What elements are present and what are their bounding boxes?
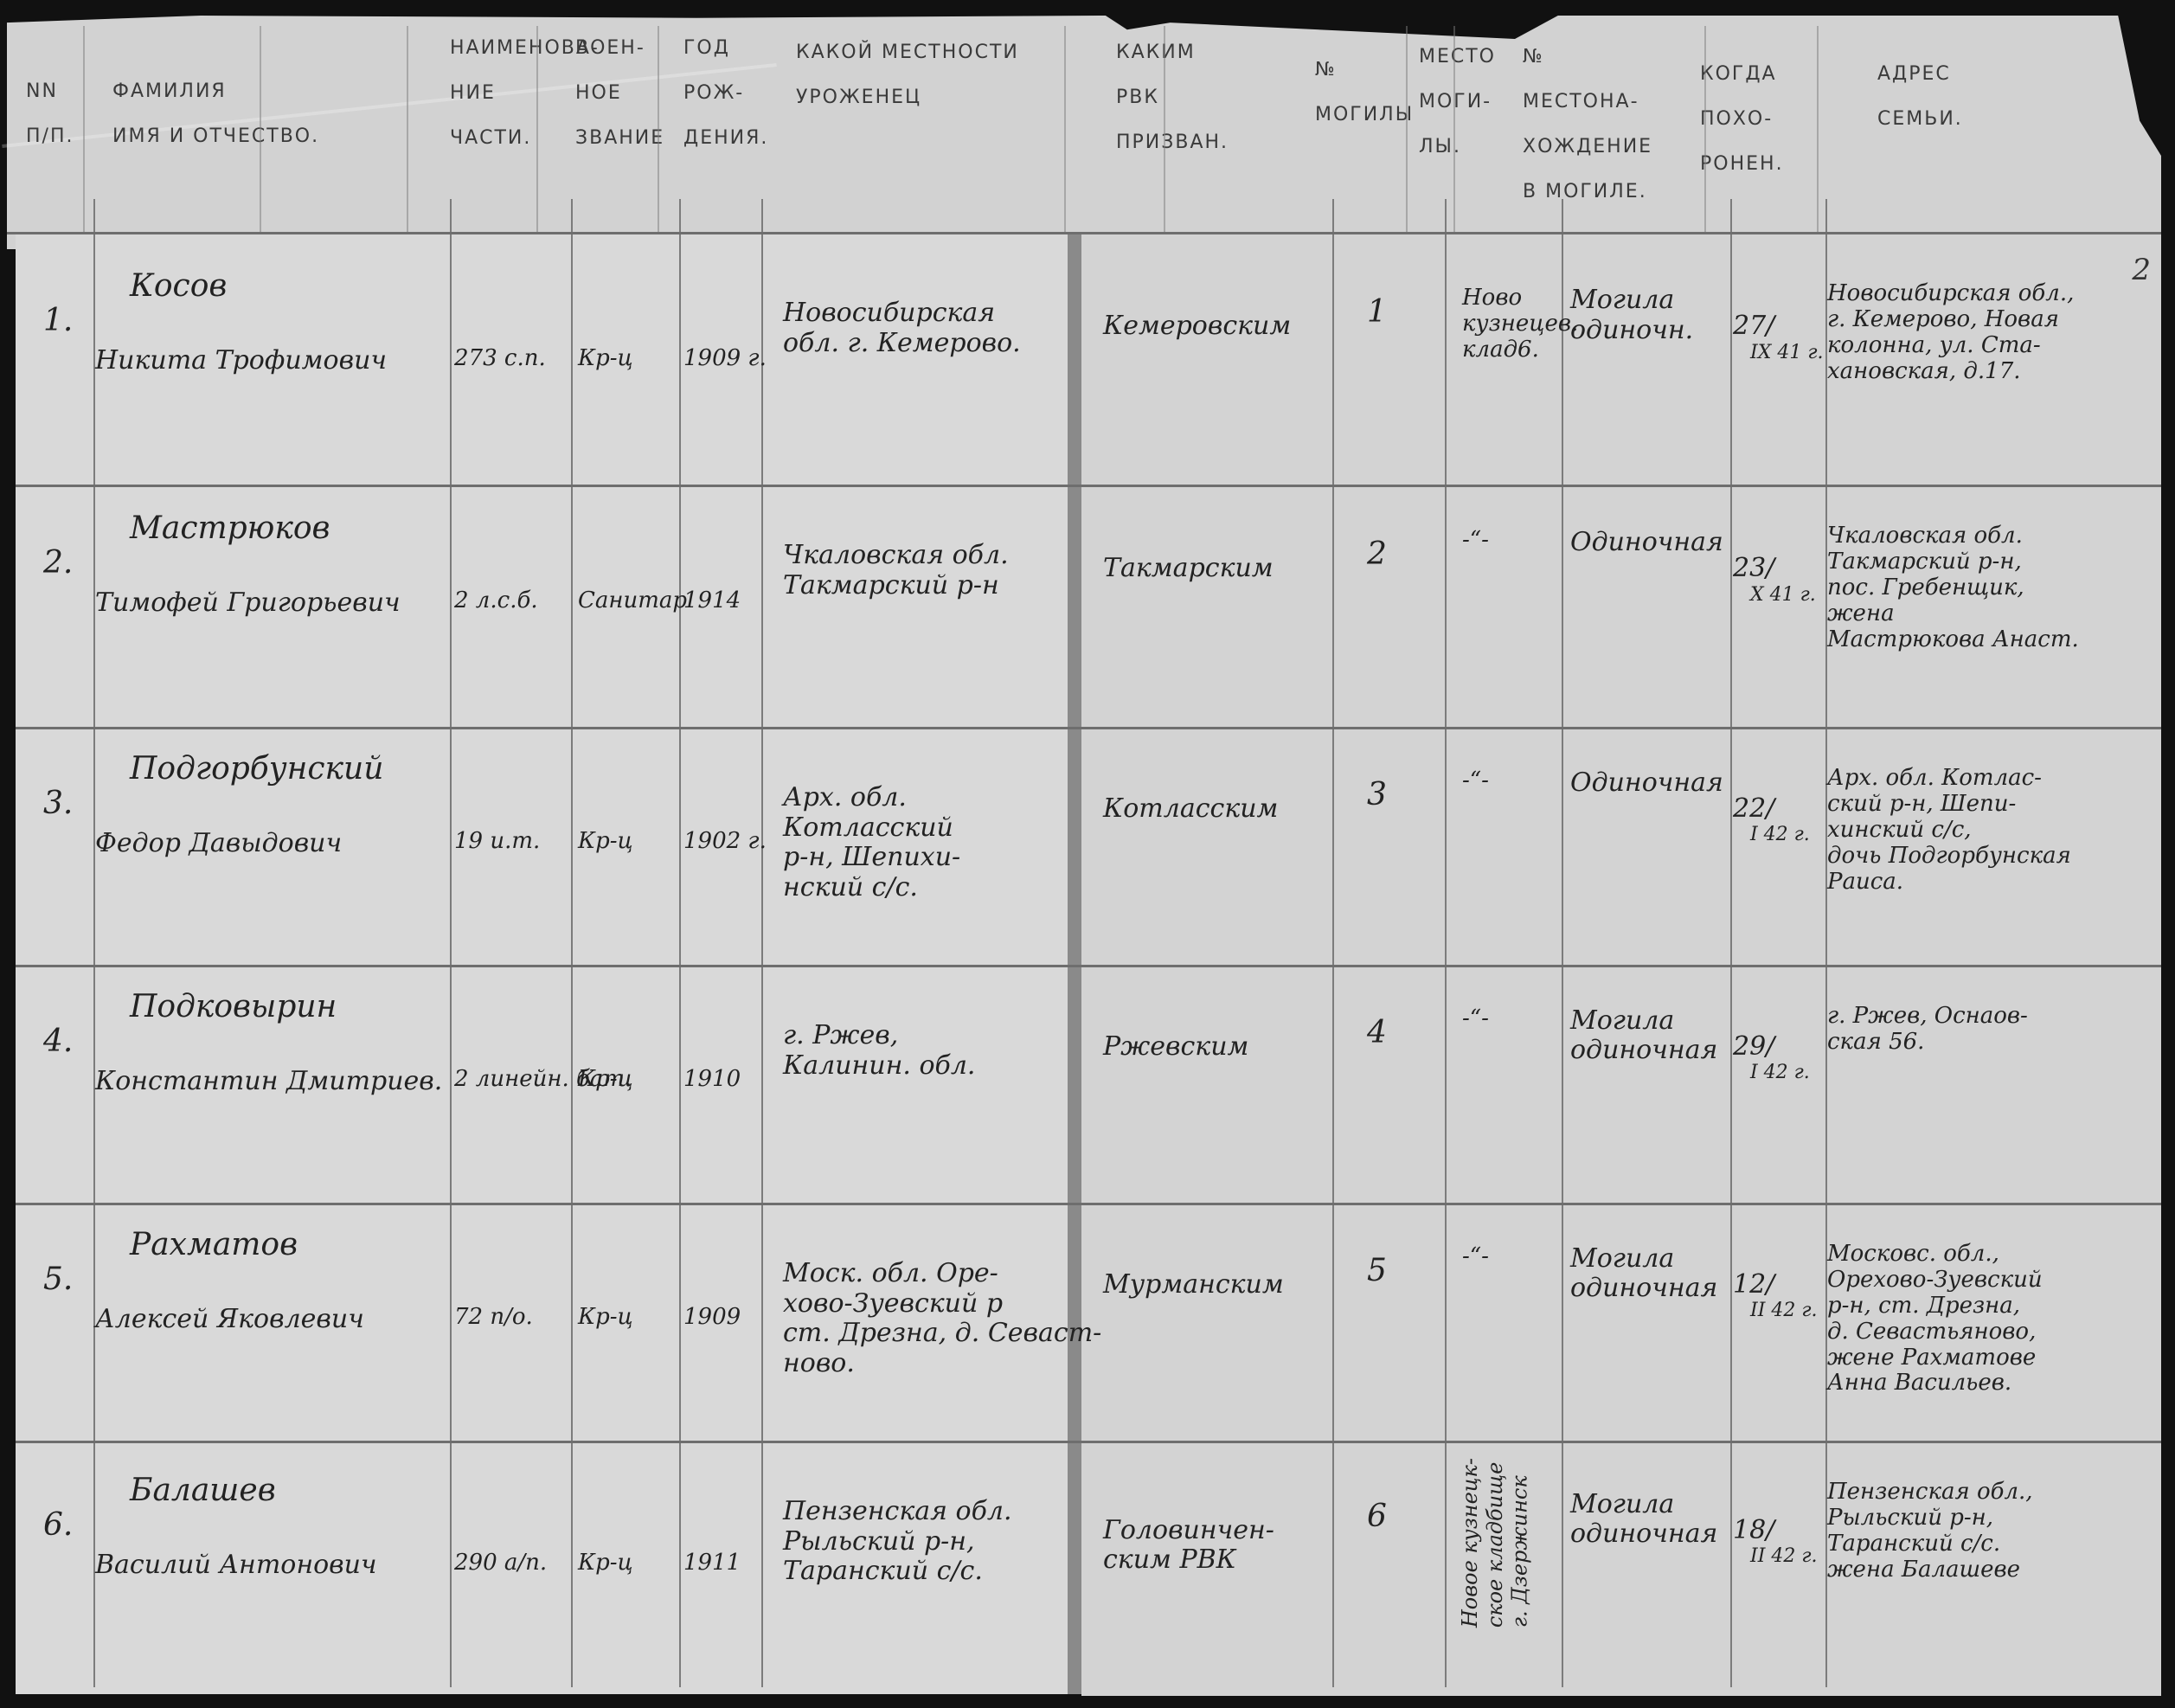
birth-year: 1914 bbox=[683, 588, 741, 614]
family-address-line: Орехово-Зуевский bbox=[1827, 1268, 2043, 1294]
record-number: 3. bbox=[43, 786, 73, 821]
record-number: 4. bbox=[43, 1024, 73, 1059]
grave-number: 4 bbox=[1367, 1015, 1387, 1050]
column-header-line: Местона- bbox=[1523, 93, 1652, 112]
column-header-line: похо- bbox=[1700, 110, 1784, 129]
column-header-line: Каким bbox=[1116, 43, 1229, 62]
birthplace: Чкаловская обл.Такмарский р-н bbox=[783, 541, 1009, 600]
grave-place: -“- bbox=[1462, 768, 1489, 794]
column-header-line: Место bbox=[1419, 48, 1496, 67]
grave-place-line: -“- bbox=[1462, 1244, 1489, 1270]
record-number: 6. bbox=[43, 1507, 73, 1543]
burial-date: 29/I 42 г. bbox=[1733, 1032, 1810, 1084]
draft-office: Мурманским bbox=[1103, 1270, 1284, 1300]
column-header-line: № bbox=[1523, 48, 1652, 67]
birthplace-line: Арх. обл. bbox=[783, 783, 960, 813]
family-address-line: г. Кемерово, Новая bbox=[1827, 307, 2074, 333]
family-address-line: Арх. обл. Котлас- bbox=[1827, 766, 2071, 792]
rank: Кр-ц bbox=[578, 829, 633, 855]
family-address-line: пос. Гребенщик, bbox=[1827, 575, 2079, 601]
rank: Кр-ц bbox=[578, 1551, 633, 1576]
family-address: Арх. обл. Котлас-ский р-н, Шепи-хинский … bbox=[1827, 766, 2071, 895]
column-header-line: ное bbox=[575, 84, 664, 103]
column-rule bbox=[679, 199, 681, 1687]
family-address-line: хановская, д.17. bbox=[1827, 359, 2074, 385]
grave-place-line: кузнецев. bbox=[1462, 311, 1578, 337]
row-rule bbox=[16, 727, 2161, 729]
draft-office: Котласским bbox=[1103, 794, 1278, 825]
burial-date: 18/II 42 г. bbox=[1733, 1516, 1817, 1568]
family-address: Новосибирская обл.,г. Кемерово, Новаякол… bbox=[1827, 281, 2074, 385]
family-address-line: р-н, ст. Дрезна, bbox=[1827, 1294, 2043, 1320]
column-rule bbox=[1445, 199, 1447, 1687]
column-rule bbox=[450, 199, 452, 1687]
surname: Подковырин bbox=[130, 989, 337, 1024]
rank: Кр-ц bbox=[578, 1067, 633, 1093]
draft-office: Ржевским bbox=[1103, 1032, 1248, 1063]
column-header-birthplace: Какой местностиуроженец bbox=[796, 43, 1019, 133]
birthplace-line: Новосибирская bbox=[783, 299, 1021, 329]
draft-office-line: Головинчен- bbox=[1103, 1516, 1274, 1546]
position-in-grave-line: одиночная bbox=[1570, 1519, 1717, 1550]
family-address-line: ский р-н, Шепи- bbox=[1827, 792, 2071, 818]
family-address-line: хинский с/с, bbox=[1827, 818, 2071, 844]
family-address-line: колонна, ул. Ста- bbox=[1827, 333, 2074, 359]
draft-office-line: ским РВК bbox=[1103, 1545, 1274, 1576]
position-in-grave-line: Одиночная bbox=[1570, 528, 1723, 558]
header-column-rule bbox=[1064, 26, 1066, 234]
birthplace-line: Таранский с/с. bbox=[783, 1557, 1012, 1587]
given-names: Федор Давыдович bbox=[95, 829, 342, 859]
family-address-line: жена Балашеве bbox=[1827, 1557, 2033, 1583]
birthplace-line: г. Ржев, bbox=[783, 1021, 975, 1051]
surname: Мастрюков bbox=[130, 510, 330, 546]
header-column-rule bbox=[1704, 26, 1706, 234]
column-rule bbox=[1562, 199, 1563, 1687]
family-address-line: д. Севастьяново, bbox=[1827, 1320, 2043, 1345]
birthplace-line: Такмарский р-н bbox=[783, 571, 1009, 601]
position-in-grave: Одиночная bbox=[1570, 528, 1723, 558]
position-in-grave-line: одиночная bbox=[1570, 1274, 1717, 1304]
family-address-line: жене Рахматове bbox=[1827, 1345, 2043, 1371]
grave-place-vertical: Новое кузнецк-ское кладбищег. Дзержинск bbox=[1458, 1458, 1532, 1628]
column-header-birth_year: Годрож-дения. bbox=[683, 39, 768, 174]
header-column-rule bbox=[658, 26, 659, 234]
column-header-line: NN bbox=[26, 82, 74, 101]
grave-number: 2 bbox=[1367, 536, 1387, 572]
burial-day: 29/ bbox=[1733, 1032, 1810, 1063]
header-column-rule bbox=[1453, 26, 1455, 234]
grave-number: 5 bbox=[1367, 1253, 1387, 1288]
grave-place: Новокузнецев.клад6. bbox=[1462, 286, 1578, 363]
draft-office: Головинчен-ским РВК bbox=[1103, 1516, 1274, 1576]
column-header-line: Год bbox=[683, 39, 768, 58]
birthplace: Моск. обл. Оре-хово-Зуевский рст. Дрезна… bbox=[783, 1259, 1101, 1378]
column-header-line: Какой местности bbox=[796, 43, 1019, 62]
grave-place-line: -“- bbox=[1462, 768, 1489, 794]
column-rule bbox=[1730, 199, 1732, 1687]
unit: 273 с.п. bbox=[454, 346, 546, 372]
column-header-line: хождение bbox=[1523, 138, 1652, 157]
draft-office: Кемеровским bbox=[1103, 311, 1291, 342]
position-in-grave: Могилаодиночная bbox=[1570, 1006, 1717, 1066]
birthplace-line: ново. bbox=[783, 1349, 1101, 1379]
grave-number: 1 bbox=[1367, 294, 1387, 330]
header-column-rule bbox=[536, 26, 538, 234]
family-address-line: жена bbox=[1827, 601, 2079, 627]
record-number: 1. bbox=[43, 303, 73, 338]
birthplace: Пензенская обл.Рыльский р-н,Таранский с/… bbox=[783, 1497, 1012, 1587]
column-header-line: уроженец bbox=[796, 88, 1019, 107]
draft-office-line: Мурманским bbox=[1103, 1270, 1284, 1300]
position-in-grave-line: одиночн. bbox=[1570, 316, 1693, 346]
burial-month-year: IX 41 г. bbox=[1733, 342, 1823, 363]
family-address: Чкаловская обл.Такмарский р-н,пос. Гребе… bbox=[1827, 523, 2079, 652]
birthplace-line: Рыльский р-н, bbox=[783, 1527, 1012, 1557]
surname: Рахматов bbox=[130, 1227, 298, 1262]
birthplace-line: хово-Зуевский р bbox=[783, 1289, 1101, 1320]
column-rule bbox=[93, 199, 95, 1687]
given-names: Константин Дмитриев. bbox=[95, 1067, 442, 1097]
burial-day: 27/ bbox=[1733, 311, 1823, 342]
center-fold bbox=[1068, 232, 1081, 1694]
grave-place-vertical-line: г. Дзержинск bbox=[1508, 1458, 1533, 1628]
surname: Подгорбунский bbox=[130, 751, 383, 787]
birthplace-line: Моск. обл. Оре- bbox=[783, 1259, 1101, 1289]
column-rule bbox=[761, 199, 763, 1687]
record-number: 5. bbox=[43, 1262, 73, 1297]
column-header-line: призван. bbox=[1116, 133, 1229, 152]
family-address-line: Такмарский р-н, bbox=[1827, 549, 2079, 575]
header-column-rule bbox=[1164, 26, 1165, 234]
birthplace-line: р-н, Шепихи- bbox=[783, 843, 960, 873]
burial-day: 23/ bbox=[1733, 554, 1816, 584]
family-address-line: Таранский с/с. bbox=[1827, 1531, 2033, 1557]
birthplace: Новосибирскаяобл. г. Кемерово. bbox=[783, 299, 1021, 358]
burial-date: 12/II 42 г. bbox=[1733, 1270, 1817, 1322]
burial-day: 22/ bbox=[1733, 794, 1810, 825]
column-rule bbox=[1825, 199, 1827, 1687]
grave-place-line: Ново bbox=[1462, 286, 1578, 311]
birth-year: 1909 г. bbox=[683, 346, 767, 372]
draft-office-line: Такмарским bbox=[1103, 554, 1274, 584]
birthplace-line: обл. г. Кемерово. bbox=[783, 329, 1021, 359]
form-header-strip bbox=[7, 16, 2161, 249]
position-in-grave: Могилаодиночная bbox=[1570, 1490, 1717, 1550]
birth-year: 1911 bbox=[683, 1551, 741, 1576]
record-number: 2. bbox=[43, 545, 73, 581]
column-header-line: Адрес bbox=[1877, 65, 1963, 84]
family-address-line: ская 56. bbox=[1827, 1030, 2028, 1056]
column-header-grave_no: №могилы bbox=[1315, 61, 1414, 151]
burial-month-year: I 42 г. bbox=[1733, 824, 1810, 845]
column-header-name: Фамилияимя и отчество. bbox=[112, 82, 319, 172]
position-in-grave-line: Могила bbox=[1570, 286, 1693, 316]
position-in-grave-line: Могила bbox=[1570, 1006, 1717, 1037]
surname: Балашев bbox=[130, 1473, 276, 1508]
position-in-grave: Могилаодиночная bbox=[1570, 1244, 1717, 1304]
position-in-grave: Могилаодиночн. bbox=[1570, 286, 1693, 345]
family-address-line: дочь Подгорбунская bbox=[1827, 844, 2071, 870]
family-address-line: Мастрюкова Анаст. bbox=[1827, 627, 2079, 653]
birthplace-line: нский с/с. bbox=[783, 873, 960, 903]
family-address-line: Новосибирская обл., bbox=[1827, 281, 2074, 307]
column-header-line: могилы bbox=[1315, 106, 1414, 125]
family-address-line: Анна Васильев. bbox=[1827, 1371, 2043, 1397]
header-column-rule bbox=[1406, 26, 1408, 234]
position-in-grave: Одиночная bbox=[1570, 768, 1723, 799]
draft-office-line: Ржевским bbox=[1103, 1032, 1248, 1063]
header-column-rule bbox=[83, 26, 85, 234]
family-address: г. Ржев, Оснаов-ская 56. bbox=[1827, 1004, 2028, 1056]
rank: Кр-ц bbox=[578, 346, 633, 372]
page-number: 2 bbox=[2132, 253, 2151, 287]
family-address: Пензенская обл.,Рыльский р-н,Таранский с… bbox=[1827, 1480, 2033, 1583]
header-column-rule bbox=[407, 26, 408, 234]
column-header-line: лы. bbox=[1419, 138, 1496, 157]
burial-day: 18/ bbox=[1733, 1516, 1817, 1546]
column-header-line: № bbox=[1315, 61, 1414, 80]
grave-place: -“- bbox=[1462, 1244, 1489, 1270]
draft-office-line: Кемеровским bbox=[1103, 311, 1291, 342]
grave-number: 3 bbox=[1367, 777, 1387, 812]
birthplace: г. Ржев,Калинин. обл. bbox=[783, 1021, 975, 1081]
column-header-line: рож- bbox=[683, 84, 768, 103]
grave-place-vertical-line: Новое кузнецк- bbox=[1458, 1458, 1483, 1628]
birthplace: Арх. обл.Котласскийр-н, Шепихи-нский с/с… bbox=[783, 783, 960, 902]
birth-year: 1909 bbox=[683, 1305, 741, 1331]
family-address: Московс. обл.,Орехово-Зуевскийр-н, ст. Д… bbox=[1827, 1242, 2043, 1397]
column-header-buried_when: Когдапохо-ронен. bbox=[1700, 65, 1784, 200]
position-in-grave-line: одиночная bbox=[1570, 1036, 1717, 1066]
column-header-line: Фамилия bbox=[112, 82, 319, 101]
column-rule bbox=[1332, 199, 1334, 1687]
burial-month-year: X 41 г. bbox=[1733, 584, 1816, 606]
burial-month-year: II 42 г. bbox=[1733, 1545, 1817, 1567]
burial-date: 27/IX 41 г. bbox=[1733, 311, 1823, 363]
rank: Кр-ц bbox=[578, 1305, 633, 1331]
unit: 72 п/о. bbox=[454, 1305, 533, 1331]
burial-date: 22/I 42 г. bbox=[1733, 794, 1810, 846]
right-page bbox=[1081, 232, 2161, 1696]
column-header-line: звание bbox=[575, 129, 664, 148]
row-rule bbox=[16, 485, 2161, 487]
column-header-line: моги- bbox=[1419, 93, 1496, 112]
birthplace-line: Калинин. обл. bbox=[783, 1051, 975, 1082]
row-rule bbox=[16, 1441, 2161, 1443]
family-address-line: Чкаловская обл. bbox=[1827, 523, 2079, 549]
unit: 2 л.с.б. bbox=[454, 588, 538, 614]
birth-year: 1902 г. bbox=[683, 829, 767, 855]
column-header-line: Воен- bbox=[575, 39, 664, 58]
grave-place: -“- bbox=[1462, 1006, 1489, 1032]
column-header-line: имя и отчество. bbox=[112, 127, 319, 146]
birthplace-line: Пензенская обл. bbox=[783, 1497, 1012, 1527]
column-header-line: ронен. bbox=[1700, 155, 1784, 174]
family-address-line: Пензенская обл., bbox=[1827, 1480, 2033, 1506]
family-address-line: Московс. обл., bbox=[1827, 1242, 2043, 1268]
position-in-grave-line: Могила bbox=[1570, 1490, 1717, 1520]
family-address-line: Раиса. bbox=[1827, 870, 2071, 896]
unit: 290 а/п. bbox=[454, 1551, 547, 1576]
column-header-position: №Местона-хождениев могиле. bbox=[1523, 48, 1652, 228]
column-header-line: семьи. bbox=[1877, 110, 1963, 129]
column-rule bbox=[571, 199, 573, 1687]
column-header-rvk: КакимРВКпризван. bbox=[1116, 43, 1229, 178]
row-rule bbox=[16, 965, 2161, 967]
given-names: Никита Трофимович bbox=[95, 346, 387, 376]
grave-place-vertical-line: ское кладбище bbox=[1483, 1458, 1508, 1628]
given-names: Василий Антонович bbox=[95, 1551, 377, 1581]
burial-month-year: II 42 г. bbox=[1733, 1300, 1817, 1321]
burial-day: 12/ bbox=[1733, 1270, 1817, 1300]
given-names: Тимофей Григорьевич bbox=[95, 588, 401, 619]
birth-year: 1910 bbox=[683, 1067, 741, 1093]
family-address-line: Рыльский р-н, bbox=[1827, 1506, 2033, 1531]
column-header-line: п/п. bbox=[26, 127, 74, 146]
birthplace-line: Чкаловская обл. bbox=[783, 541, 1009, 571]
grave-number: 6 bbox=[1367, 1499, 1387, 1534]
row-rule bbox=[16, 1203, 2161, 1205]
column-header-num: NNп/п. bbox=[26, 82, 74, 172]
column-header-rank: Воен-ноезвание bbox=[575, 39, 664, 174]
position-in-grave-line: Одиночная bbox=[1570, 768, 1723, 799]
header-column-rule bbox=[260, 26, 261, 234]
birthplace-line: Котласский bbox=[783, 813, 960, 844]
column-header-line: в могиле. bbox=[1523, 183, 1652, 202]
draft-office-line: Котласским bbox=[1103, 794, 1278, 825]
surname: Косов bbox=[130, 268, 227, 304]
grave-place: -“- bbox=[1462, 528, 1489, 554]
column-header-line: РВК bbox=[1116, 88, 1229, 107]
column-header-family_address: Адрессемьи. bbox=[1877, 65, 1963, 155]
burial-month-year: I 42 г. bbox=[1733, 1062, 1810, 1083]
column-header-line: Когда bbox=[1700, 65, 1784, 84]
given-names: Алексей Яковлевич bbox=[95, 1305, 364, 1335]
column-header-grave_place: Местомоги-лы. bbox=[1419, 48, 1496, 183]
grave-place-line: клад6. bbox=[1462, 337, 1578, 363]
grave-place-line: -“- bbox=[1462, 528, 1489, 554]
grave-place-line: -“- bbox=[1462, 1006, 1489, 1032]
burial-date: 23/X 41 г. bbox=[1733, 554, 1816, 606]
position-in-grave-line: Могила bbox=[1570, 1244, 1717, 1275]
birthplace-line: ст. Дрезна, д. Севаст- bbox=[783, 1319, 1101, 1349]
header-column-rule bbox=[1817, 26, 1819, 234]
column-header-line: дения. bbox=[683, 129, 768, 148]
unit: 19 и.т. bbox=[454, 829, 540, 855]
header-bottom-rule bbox=[7, 232, 2161, 234]
family-address-line: г. Ржев, Оснаов- bbox=[1827, 1004, 2028, 1030]
rank: Санитар bbox=[578, 588, 687, 614]
draft-office: Такмарским bbox=[1103, 554, 1274, 584]
